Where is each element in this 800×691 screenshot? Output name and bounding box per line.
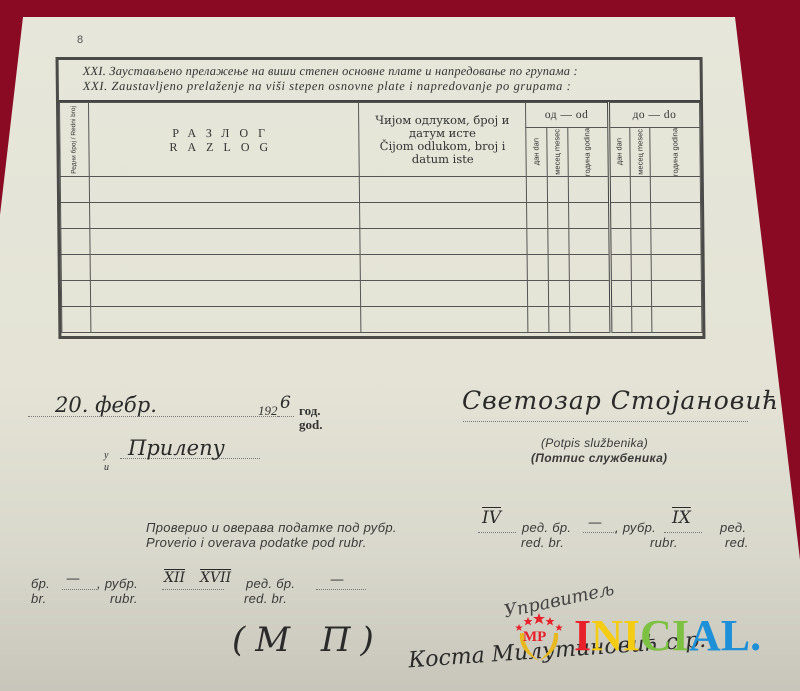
cell-od-dan [527,203,548,229]
line2-rubr-cyrillic: , рубр. [97,576,138,591]
header-odluka: Чијом одлуком, број и датум исте Čijom o… [359,103,527,177]
cell-od-mesec [549,307,570,333]
logo-letter: C [640,611,672,660]
table-row [62,307,702,333]
header-od-group: од — od [526,103,609,128]
header-do-godina: година godina [650,128,700,177]
cell-od-godina [568,177,609,203]
cell-od-godina [569,281,610,307]
cell-od-godina [569,255,610,281]
cell-do-dan [609,177,630,203]
inicial-wordmark: INICIAL. [574,613,761,659]
logo-letter: I [574,611,591,660]
cell-do-dan [610,255,631,281]
logo-letter: L [721,611,750,660]
red-br-latin: red. br. [521,535,564,550]
line2-rubr-latin: rubr. [110,591,138,606]
cell-od-dan [527,229,548,255]
red-br2-line [62,589,97,590]
logo-letter: A [689,611,721,660]
red-latin: red. [725,535,749,550]
cell-od-mesec [547,177,568,203]
cell-od-dan [527,255,548,281]
seal-mark: (М П) [232,620,384,660]
page-number: 8 [77,34,83,46]
cell-odluka [361,307,528,333]
cell-razlog [90,307,361,333]
header-od-mesec: месец mesec [547,128,568,177]
god-cyrillic: год. [299,404,321,418]
cell-odluka [360,281,527,307]
cell-odluka [360,255,527,281]
logo-letter: N [591,611,623,660]
cell-razlog [89,229,360,255]
verification-text-cyrillic: Проверио и оверава податке под рубр. [146,520,397,535]
cell-razlog [90,255,361,281]
header-razlog: РАЗЛОГ RAZLOG [88,103,359,177]
handwritten-red-br2: — [66,571,80,587]
cell-od-dan [528,281,549,307]
inicial-watermark: MP INICIAL. [512,607,782,667]
table-row [60,177,700,203]
cell-do-mesec [631,255,652,281]
red-br-cyrillic: ред. бр. [522,520,571,535]
cell-do-dan [610,281,631,307]
cell-do-dan [609,229,630,255]
form-table: XXI. Заустављено прелажење на виши степе… [56,57,706,339]
cell-do-dan [609,203,630,229]
handwritten-rubr3: XII [164,570,185,586]
red-br1-line [583,532,616,533]
god-latin: god. [299,418,322,432]
cell-do-mesec [631,307,652,333]
cell-do-godina [651,203,701,229]
cell-num [61,203,90,229]
cell-od-mesec [548,229,569,255]
cell-do-mesec [631,281,652,307]
cell-odluka [359,177,526,203]
cell-od-godina [569,229,610,255]
cell-do-godina [651,229,701,255]
cell-do-mesec [630,177,651,203]
rubr3-line [162,589,224,590]
cell-num [60,177,89,203]
cell-do-godina [652,281,702,307]
handwritten-rubr4: XVII [200,570,231,586]
cell-do-mesec [630,203,651,229]
verification-text-latin: Proverio i overava podatke pod rubr. [146,535,367,550]
handwritten-year-digit: 6 [280,393,291,413]
cell-odluka [360,203,527,229]
header-od-godina: година godina [568,128,609,177]
cell-od-mesec [548,255,569,281]
section-title-cyrillic: XXI. Заустављено прелажење на виши степе… [83,64,700,79]
cell-od-godina [570,307,611,333]
red-br3-line [316,589,366,590]
section-title: XXI. Заустављено прелажење на виши степе… [59,60,700,102]
signature-label-latin: (Potpis službenika) [541,436,648,451]
employee-signature: Светозар Стојановић [462,386,780,415]
handwritten-rubr1: IV [482,508,501,528]
cell-do-godina [652,307,702,333]
cell-num [61,229,90,255]
header-od-dan: дан dan [526,128,547,177]
table-row [61,229,701,255]
cell-od-mesec [548,203,569,229]
handwritten-place: Прилепу [128,436,225,460]
cell-razlog [90,281,361,307]
logo-letter: I [672,611,689,660]
data-grid: Редни број / Redni broj РАЗЛОГ RAZLOG Чи… [59,102,702,333]
cell-do-mesec [630,229,651,255]
place-label-latin: u [104,461,109,475]
header-do-mesec: месец mesec [629,128,650,177]
table-row [61,281,701,307]
signature-line [463,421,748,422]
line2-red-br-latin: red. br. [244,591,287,606]
line2-red-br-cyrillic: ред. бр. [246,576,295,591]
rubr-latin: rubr. [650,535,678,550]
cell-num [61,255,90,281]
cell-od-dan [528,307,549,333]
cell-odluka [360,229,527,255]
logo-dot: . [750,611,761,660]
rubr1-line [478,532,516,533]
year-line [278,416,294,417]
cell-do-godina [651,177,701,203]
cell-razlog [89,203,360,229]
year-prefix: 192 [258,404,278,418]
section-title-latin: XXI. Zaustavljeno prelaženje na viši ste… [83,79,700,94]
cell-num [62,307,91,333]
table-row [61,255,701,281]
rubr-cyrillic: , рубр. [615,520,656,535]
logo-letter: I [623,611,640,660]
red-cyrillic: ред. [720,520,746,535]
line2-br-latin: br. [31,591,47,606]
handwritten-date: 20. фебр. [55,393,157,417]
handwritten-rubr2: IX [672,508,691,528]
cell-do-dan [610,307,631,333]
handwritten-red-br1: — [588,515,602,531]
header-do-dan: дан dan [608,128,629,177]
header-do-group: до — do [608,103,700,128]
table-row [61,203,701,229]
cell-num [61,281,90,307]
line2-br-cyrillic: бр. [31,576,50,591]
cell-od-godina [569,203,610,229]
cell-od-mesec [548,281,569,307]
rubr2-line [664,532,702,533]
cell-do-godina [652,255,702,281]
emblem-monogram: MP [523,629,546,646]
handwritten-red-br3: — [330,572,344,588]
signature-label-cyrillic: (Потпис службеника) [531,451,667,466]
header-redni-broj: Редни број / Redni broj [59,103,88,177]
cell-od-dan [526,177,547,203]
cell-razlog [89,177,360,203]
